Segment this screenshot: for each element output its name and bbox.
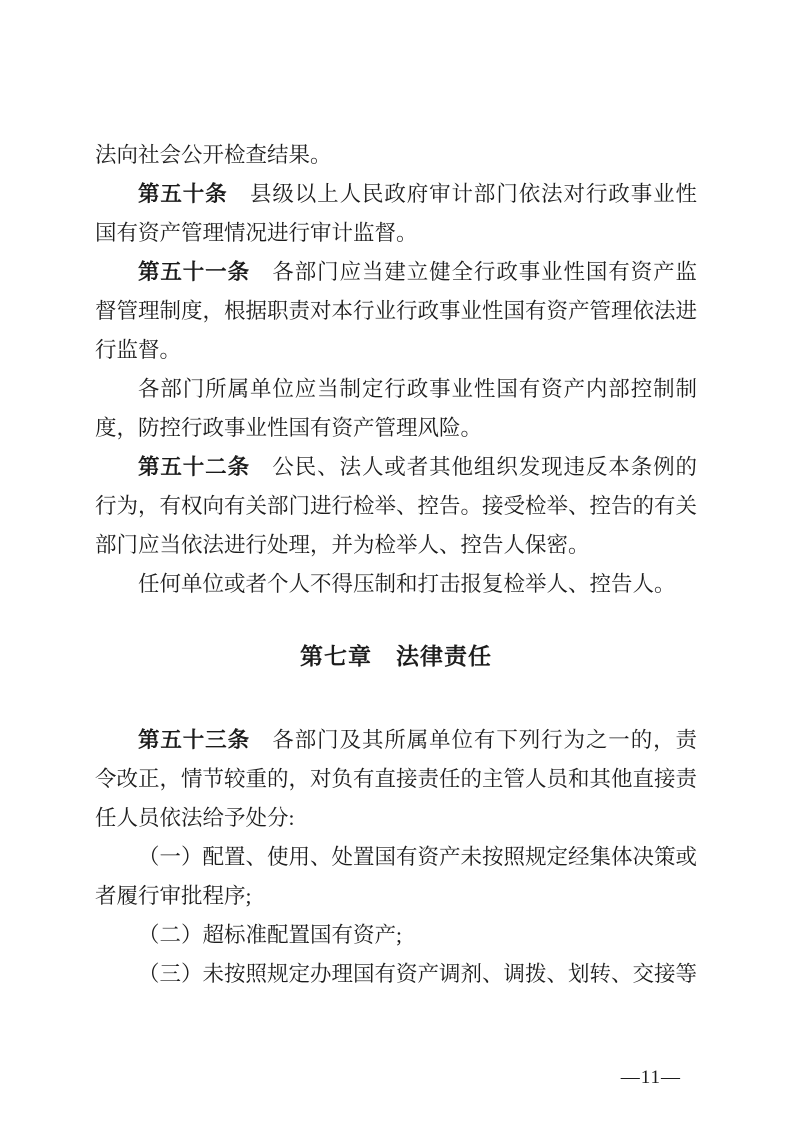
article-51-paragraph: 第五十一条 各部门应当建立健全行政事业性国有资产监督管理制度，根据职责对本行业行…	[95, 253, 697, 370]
article-50-number: 第五十条	[138, 182, 228, 206]
page-number: —11—	[621, 1066, 681, 1090]
article-52-paragraph: 第五十二条 公民、法人或者其他组织发现违反本条例的行为，有权向有关部门进行检举、…	[95, 448, 697, 565]
article-51-subparagraph: 各部门所属单位应当制定行政事业性国有资产内部控制制度，防控行政事业性国有资产管理…	[95, 370, 697, 448]
article-52-number: 第五十二条	[138, 455, 250, 479]
list-item-3: （三）未按照规定办理国有资产调剂、调拨、划转、交接等	[95, 955, 697, 994]
list-item-2: （二）超标准配置国有资产;	[95, 916, 697, 955]
article-52-subparagraph: 任何单位或者个人不得压制和打击报复检举人、控告人。	[95, 565, 697, 604]
document-page: 法向社会公开检查结果。 第五十条 县级以上人民政府审计部门依法对行政事业性国有资…	[0, 0, 793, 1122]
list-item-1: （一）配置、使用、处置国有资产未按照规定经集体决策或者履行审批程序;	[95, 838, 697, 916]
document-content: 法向社会公开检查结果。 第五十条 县级以上人民政府审计部门依法对行政事业性国有资…	[95, 136, 697, 994]
article-53-number: 第五十三条	[138, 728, 250, 752]
chapter-heading: 第七章 法律责任	[95, 637, 697, 676]
article-50-paragraph: 第五十条 县级以上人民政府审计部门依法对行政事业性国有资产管理情况进行审计监督。	[95, 175, 697, 253]
paragraph-continuation: 法向社会公开检查结果。	[95, 136, 697, 175]
article-53-paragraph: 第五十三条 各部门及其所属单位有下列行为之一的，责令改正，情节较重的，对负有直接…	[95, 721, 697, 838]
article-51-number: 第五十一条	[138, 260, 250, 284]
